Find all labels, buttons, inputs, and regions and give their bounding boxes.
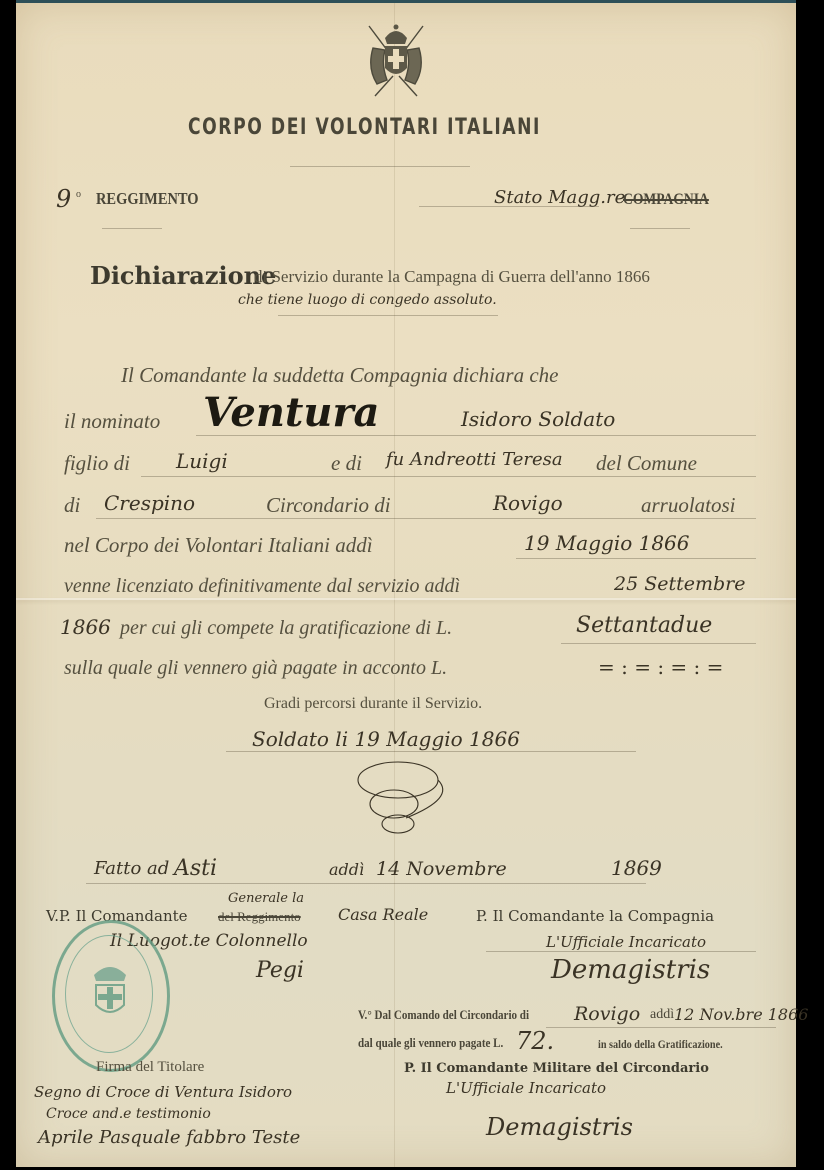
circondario-amount: 72. xyxy=(516,1027,554,1055)
right-officer-underline xyxy=(486,951,756,952)
circondario-officer: L'Ufficiale Incaricato xyxy=(446,1079,606,1097)
holder-line-1: Segno di Croce di Ventura Isidoro xyxy=(34,1083,292,1101)
circondario-signature: Demagistris xyxy=(486,1113,633,1141)
subtitle-underline xyxy=(278,315,498,316)
regiment-label: REGGIMENTO xyxy=(96,189,199,209)
left-inserted-above: Generale la xyxy=(228,891,304,906)
body-line-4-c: arruolatosi xyxy=(641,493,736,518)
flourish-ornament-icon xyxy=(346,758,476,838)
circondario-line-2-a: dal quale gli vennero pagate L. xyxy=(358,1035,503,1051)
discharge-date: 25 Settembre xyxy=(614,573,746,595)
comune-name: Crespino xyxy=(104,491,195,515)
issued-date: 14 Novembre xyxy=(376,858,507,880)
body-line-5: nel Corpo dei Volontari Italiani addì xyxy=(64,533,373,558)
body-line-4-b: Circondario di xyxy=(266,493,391,518)
body-line-3-c: del Comune xyxy=(596,451,697,476)
discharge-year: 1866 xyxy=(60,615,111,639)
body-line-6: venne licenziato definitivamente dal ser… xyxy=(64,575,460,598)
stamp-crest-icon xyxy=(88,959,132,1023)
corps-title: CORPO DEI VOLONTARI ITALIANI xyxy=(188,115,541,140)
regiment-divider xyxy=(102,228,162,229)
line-3-underline xyxy=(141,476,756,477)
gratification-amount: Settantadue xyxy=(576,613,712,638)
enlist-date: 19 Maggio 1866 xyxy=(524,531,690,555)
body-line-3-a: figlio di xyxy=(64,451,130,476)
body-line-8: sulla quale gli vennero già pagate in ac… xyxy=(64,657,447,680)
issued-underline xyxy=(86,883,646,884)
left-inserted-after: Casa Reale xyxy=(338,905,428,924)
declaration-title-rest: di Servizio durante la Campagna di Guerr… xyxy=(254,267,650,287)
declaration-subtitle: che tiene luogo di congedo assoluto. xyxy=(238,292,497,308)
circondario-date: 12 Nov.bre 1866 xyxy=(674,1005,808,1024)
left-sign-struck: del Reggimento xyxy=(218,909,301,925)
holder-line-3: Aprile Pasquale fabbro Teste xyxy=(38,1127,300,1148)
unit-handwritten: Stato Magg.re xyxy=(494,187,625,208)
title-divider xyxy=(290,166,470,167)
unit-divider xyxy=(630,228,690,229)
circondario-heading: P. Il Comandante Militare del Circondari… xyxy=(404,1061,709,1076)
holder-heading: Firma del Titolare xyxy=(96,1059,204,1076)
father-name: Luigi xyxy=(176,449,228,473)
regiment-number: 9 xyxy=(56,185,71,213)
circondario-line-2-b: in saldo della Gratificazione. xyxy=(598,1037,723,1052)
right-officer: L'Ufficiale Incaricato xyxy=(546,933,706,951)
left-signature: Pegi xyxy=(256,958,304,983)
circondario-line-1: V.° Dal Comando del Circondario di xyxy=(358,1007,529,1023)
line-7-underline xyxy=(561,643,756,644)
official-stamp xyxy=(52,920,170,1072)
line-4-underline xyxy=(96,518,756,519)
right-sign-heading: P. Il Comandante la Compagnia xyxy=(476,907,714,925)
fold-line-horizontal xyxy=(16,598,796,600)
circondario-date-label: addì xyxy=(650,1007,674,1023)
document-paper: CORPO DEI VOLONTARI ITALIANI 9 o REGGIME… xyxy=(16,3,796,1167)
holder-line-2: Croce and.e testimonio xyxy=(46,1106,211,1122)
body-line-7: per cui gli compete la gratificazione di… xyxy=(120,617,452,640)
surname: Ventura xyxy=(203,389,379,436)
issued-date-label: addì xyxy=(329,860,364,879)
circondario-section-name: Rovigo xyxy=(574,1003,640,1025)
mother-name: fu Andreotti Teresa xyxy=(386,449,563,470)
regiment-ordinal: o xyxy=(76,189,81,200)
body-line-3-b: e di xyxy=(331,451,362,476)
body-line-2-printed: il nominato xyxy=(64,409,160,434)
advance-paid: = : = : = : = xyxy=(598,655,723,679)
circondario-underline xyxy=(546,1027,776,1028)
body-line-4-a: di xyxy=(64,493,80,518)
ranks-heading: Gradi percorsi durante il Servizio. xyxy=(264,695,482,713)
right-signature: Demagistris xyxy=(551,955,710,985)
declaration-title-word: Dichiarazione xyxy=(90,261,276,290)
ranks-entry: Soldato li 19 Maggio 1866 xyxy=(252,727,520,751)
issued-place: Asti xyxy=(174,856,217,881)
ranks-underline xyxy=(226,751,636,752)
line-5-underline xyxy=(516,558,756,559)
circondario-name: Rovigo xyxy=(493,491,563,515)
unit-printed-struck: COMPAGNIA xyxy=(623,191,709,209)
issued-place-label: Fatto ad xyxy=(94,858,169,879)
body-line-1: Il Comandante la suddetta Compagnia dich… xyxy=(121,363,558,388)
issued-year: 1869 xyxy=(611,856,662,880)
savoy-crest-icon xyxy=(363,18,429,100)
given-name-rank: Isidoro Soldato xyxy=(461,407,615,431)
